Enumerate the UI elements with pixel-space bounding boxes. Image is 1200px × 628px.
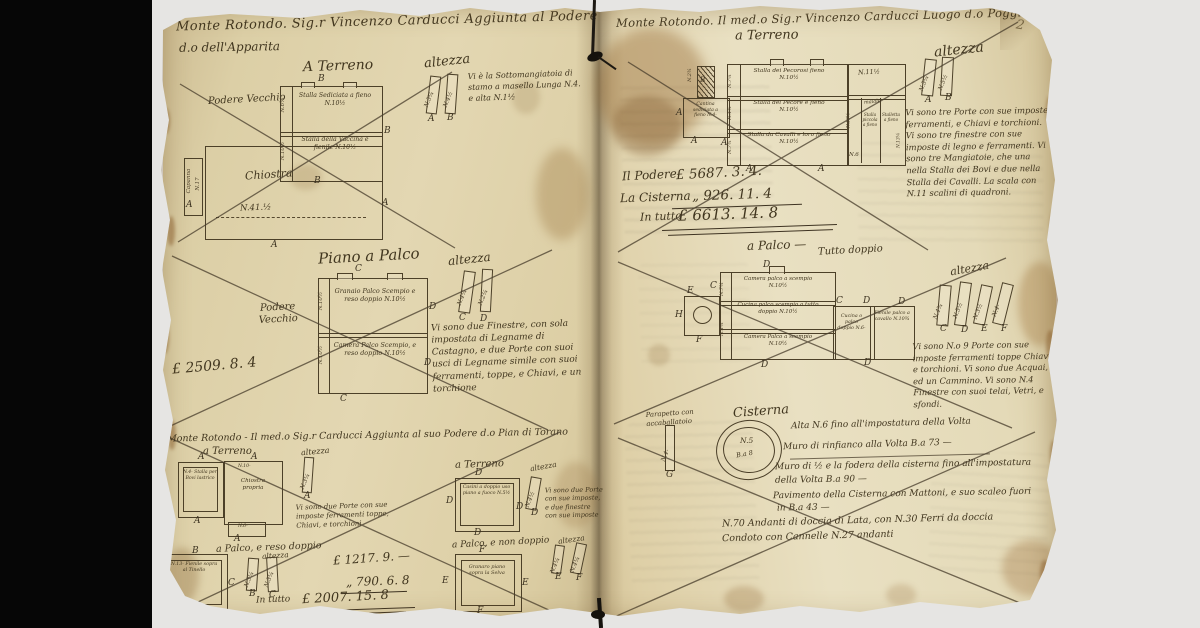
stair-dim: N.13½ xyxy=(847,106,852,136)
plan-letter: A xyxy=(676,108,683,118)
bar-letter: A xyxy=(925,95,932,105)
wall-notch xyxy=(770,59,784,66)
deckle-edge-mark xyxy=(1050,210,1058,244)
sum-podere-label: Il Podere xyxy=(622,167,677,184)
palco-note: Vi sono N.o 9 Porte con sue imposte ferr… xyxy=(912,339,1055,411)
paper-stain xyxy=(612,96,682,156)
strip-dim: N.7¼ xyxy=(727,67,733,95)
terreno-note: Vi è la Sottomangiatoia di stamo a masel… xyxy=(467,68,586,104)
bar-letter: A xyxy=(304,491,311,501)
plan-letter: D xyxy=(446,496,453,506)
room-label-stalla3: Stalla da Cavalli e loro fieno N.10½ xyxy=(744,132,834,146)
sum-total-label: In tutto xyxy=(256,594,291,605)
room-label-stalla1: Stalla dei Pecorosi fieno N.10½ xyxy=(744,68,834,82)
room-label-stalla2: Stalla dei Pecore e fieno N.10½ xyxy=(744,100,834,114)
photo-black-bar xyxy=(0,0,152,628)
sum-line2: „ 790. 6. 8 xyxy=(346,573,410,589)
chiostra-dim: N.41.½ xyxy=(240,202,272,213)
plan-letter: F xyxy=(479,545,485,555)
room-label-cucina: Cucina palco scempio a tutto doppio N.10… xyxy=(734,302,822,315)
room-label-granaro: Granaro piano sopra la Selva xyxy=(463,564,511,576)
strip-dim: N.10½ xyxy=(318,342,324,368)
paper-stain xyxy=(1002,540,1060,596)
palco-note: Vi sono due Finestre, con sola impostata… xyxy=(431,317,583,395)
subsection-terreno: a Terreno xyxy=(203,446,252,457)
podere-vecchio-label: Podere Vecchio xyxy=(247,300,308,327)
deckle-edge-mark xyxy=(161,108,170,134)
paper-stain xyxy=(536,148,588,240)
plan-letter: A xyxy=(721,138,728,148)
plan-letter: D xyxy=(475,468,482,478)
plan-letter: D xyxy=(761,360,768,370)
plan-letter: C xyxy=(340,394,347,404)
bar-letter: D xyxy=(961,325,968,335)
bar-letter: A xyxy=(428,114,435,124)
plan-letter: D xyxy=(474,528,481,538)
plan-letter: E xyxy=(522,578,529,588)
plan-letter: D xyxy=(863,296,870,306)
room-label-camera: Camera Palco Scempio, e reso doppio N.10… xyxy=(333,342,417,358)
plan-letter: D xyxy=(898,297,905,307)
wall-notch xyxy=(337,273,353,280)
wall-notch xyxy=(387,273,403,280)
annex-top-dim: N.11½ xyxy=(858,67,880,76)
deckle-edge-mark xyxy=(162,500,171,528)
room-label-chiostra-propria: Chiostra propria xyxy=(230,478,276,492)
bar-letter: B xyxy=(447,113,454,123)
section-title-terreno: A Terreno xyxy=(303,57,374,75)
plan-letter: B xyxy=(318,74,325,84)
section-title-terreno: a Terreno xyxy=(735,27,799,43)
plan-letter: B xyxy=(314,176,321,186)
well-circle xyxy=(693,306,712,324)
cistern-n5: N.5 xyxy=(740,436,753,445)
sum-cisterna-value: „ 926. 11. 4 xyxy=(692,186,773,205)
annex-n6: N.6 xyxy=(849,152,859,158)
wall-notch xyxy=(810,59,824,66)
capanna-label: Capanna xyxy=(186,159,192,203)
sum-cisterna-label: La Cisterna xyxy=(620,189,691,205)
room-label-camera1: Camera palco a scempio N.10½ xyxy=(734,276,822,289)
plan-letter: A xyxy=(198,452,205,462)
plan-letter: D xyxy=(864,358,871,368)
plan-letter: A xyxy=(818,164,825,174)
room-label-stalla2: Stalla della Vaccina e fienile N.10½ xyxy=(294,136,376,151)
sum-total-value: £ 6613. 14. 8 xyxy=(678,203,779,224)
floorplan-granaro xyxy=(455,554,522,612)
paper-stain xyxy=(724,586,764,612)
plan-letter: D xyxy=(516,502,523,512)
strip-dim: N.10½ xyxy=(318,288,324,314)
paper-stain xyxy=(648,344,670,366)
deckle-edge-mark xyxy=(1040,560,1050,586)
annex-label-fienile: Fienile palco a cavallo N.10¾ xyxy=(874,311,910,323)
deckle-edge-mark xyxy=(1050,440,1058,470)
annex-label-cucina: Cucina o palco doppio N.6- xyxy=(836,314,867,332)
wall-notch xyxy=(343,82,357,88)
room-label-camera2: Camera Palco a scempio N.10½ xyxy=(734,334,822,347)
plan-letter: C xyxy=(228,578,235,588)
floorplan-palco-annex-left xyxy=(684,296,720,336)
chiostra-dashed-line xyxy=(216,217,366,218)
wall-notch xyxy=(301,82,315,88)
bar-letter: D xyxy=(531,508,538,518)
room-label-fienile: N.13- Fienile sopra al Tinello xyxy=(170,562,218,574)
plan-letter: A xyxy=(251,452,258,462)
room-divider xyxy=(319,333,427,338)
bar-letter: B xyxy=(945,93,952,103)
aggiunta-note2: Vi sono due Porte con sue imposte, e due… xyxy=(545,485,604,520)
plan-letter: C xyxy=(836,296,843,306)
paper-stain xyxy=(886,584,916,606)
plan-letter: F xyxy=(696,335,702,345)
capanna-dim: N.17 xyxy=(195,169,201,199)
annex-cell2: Stalletta a fieno xyxy=(881,112,901,122)
plan-letter: A xyxy=(194,516,201,526)
l-extension-dim: N.6- xyxy=(238,524,248,529)
strip-dim: N.6¾ xyxy=(280,92,286,118)
manuscript-photo: Monte Rotondo. Sig.r Vincenzo Carducci A… xyxy=(0,0,1200,628)
room-label-cantina: Cantina sediciata a fieno N.4- xyxy=(687,102,724,119)
plan-letter: D xyxy=(424,358,431,368)
plan-letter: D xyxy=(429,302,436,312)
plan-letter: E xyxy=(687,286,694,296)
terreno-note: Vi sono tre Porte con sue imposte ferram… xyxy=(905,105,1053,200)
bar-letter: F xyxy=(1001,324,1007,334)
bar-letter: E xyxy=(555,572,562,582)
plan-letter: A xyxy=(271,240,278,250)
room-label-stalla-bovi: N.4- Stalla per Bovi lastrico xyxy=(183,470,217,481)
bar-letter: B xyxy=(249,589,256,599)
bar-letter: G xyxy=(666,470,673,480)
cisterna-line3b: della Volta B.a 90 — xyxy=(775,474,867,486)
cisterna-line4b: in B.a 43 — xyxy=(777,503,830,514)
sum-underline xyxy=(306,611,406,616)
deckle-edge-mark xyxy=(167,216,175,246)
deckle-edge-mark xyxy=(160,320,169,354)
plan-letter: A xyxy=(382,198,389,208)
deckle-edge-mark xyxy=(1046,96,1054,126)
annex-cell-dim: N.13¼ xyxy=(897,128,902,154)
floorplan-chiostra-propria xyxy=(224,461,283,525)
cell-divider xyxy=(880,98,881,163)
plan-letter: B xyxy=(700,76,705,84)
binding-knot-bottom xyxy=(591,610,605,619)
aggiunta-note1: Vi sono due Porte con sue imposte ferram… xyxy=(296,500,397,531)
plan-letter: F xyxy=(477,606,483,616)
plan-letter: B xyxy=(192,546,199,556)
bar-letter: C xyxy=(940,324,947,334)
left-page-header-line2: d.o dell'Apparita xyxy=(179,39,280,55)
sum-total-label: In tutto xyxy=(640,209,682,223)
strip-dim: N.10½ xyxy=(280,138,286,164)
chiostra-propria-dim: N.10- xyxy=(238,464,251,469)
hatch-dim: N.2¾ xyxy=(687,63,693,87)
manuscript-paper: Monte Rotondo. Sig.r Vincenzo Carducci A… xyxy=(0,0,1200,628)
plan-letter: B xyxy=(384,126,391,136)
annex-cell1: Stalla piccola a fieno xyxy=(861,112,879,127)
plan-letter: D xyxy=(763,260,770,270)
room-label-granaio: Granaio Palco Scempio e reso doppio N.10… xyxy=(333,288,417,304)
room-label-stalla1: Stalla Sediciata a fieno N.10½ xyxy=(294,92,376,107)
wall-notch xyxy=(769,266,785,274)
room-label-casini: Casini a doppio uso piano a fuoco N.5½ xyxy=(462,485,511,497)
paper-stain xyxy=(1018,262,1062,346)
bar-letter: F xyxy=(576,573,582,583)
section-title-palco: a Palco — xyxy=(747,237,807,253)
bar-letter: E xyxy=(981,324,988,334)
plan-letter: E xyxy=(442,576,449,586)
plan-letter: A xyxy=(691,136,698,146)
plan-letter: C xyxy=(710,281,717,291)
plan-letter: H xyxy=(675,310,683,320)
plan-letter: C xyxy=(355,264,362,274)
plan-letter: A xyxy=(186,200,193,210)
